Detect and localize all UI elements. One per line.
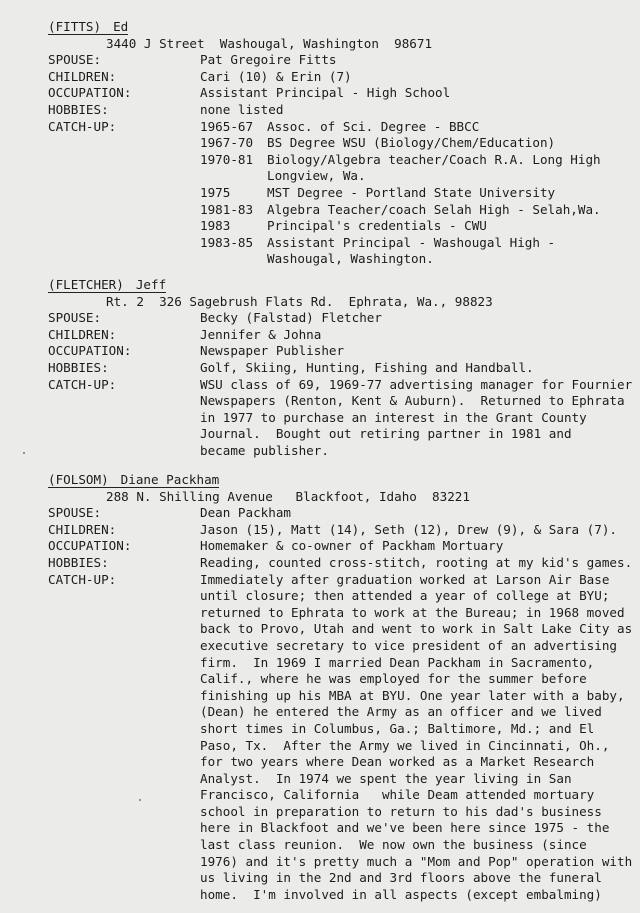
- given-name: Ed: [113, 19, 128, 34]
- children-label: CHILDREN:: [48, 522, 200, 539]
- catch-up-row: CATCH-UP:WSU class of 69, 1969-77 advert…: [48, 377, 633, 460]
- hobbies-label: HOBBIES:: [48, 360, 200, 377]
- catch-up-item: 1970-81Biology/Algebra teacher/Coach R.A…: [200, 152, 633, 185]
- catch-up-line: Algebra Teacher/coach Selah High - Selah…: [267, 202, 633, 219]
- hobbies-label: HOBBIES:: [48, 555, 200, 572]
- surname: (FITTS): [48, 19, 101, 34]
- catch-up-line: Assistant Principal - Washougal High -: [267, 235, 633, 252]
- catch-up-line: here in Blackfoot and we've been here si…: [200, 820, 633, 837]
- catch-up-years: 1981-83: [200, 202, 267, 219]
- catch-up-line: Calif., where he was employed for the su…: [200, 671, 633, 688]
- catch-up-list: 1965-67Assoc. of Sci. Degree - BBCC1967-…: [200, 119, 633, 268]
- catch-up-item: 1967-70BS Degree WSU (Biology/Chem/Educa…: [200, 135, 633, 152]
- catch-up-item: 1983-85Assistant Principal - Washougal H…: [200, 235, 633, 268]
- catch-up-label: CATCH-UP:: [48, 119, 200, 136]
- hobbies-row: HOBBIES:Golf, Skiing, Hunting, Fishing a…: [48, 360, 633, 377]
- catch-up-line: returned to Ephrata to work at the Burea…: [200, 605, 633, 622]
- scan-speck: [139, 799, 141, 801]
- children-row: CHILDREN:Jason (15), Matt (14), Seth (12…: [48, 522, 633, 539]
- address: 288 N. Shilling Avenue Blackfoot, Idaho …: [48, 489, 633, 506]
- catch-up-item: 1975MST Degree - Portland State Universi…: [200, 185, 633, 202]
- children-value: Jason (15), Matt (14), Seth (12), Drew (…: [200, 522, 633, 539]
- hobbies-row: HOBBIES:none listed: [48, 102, 633, 119]
- spouse-label: SPOUSE:: [48, 52, 200, 69]
- catch-up-years: 1983-85: [200, 235, 267, 268]
- children-label: CHILDREN:: [48, 327, 200, 344]
- spouse-row: SPOUSE:Dean Packham: [48, 505, 633, 522]
- occupation-label: OCCUPATION:: [48, 538, 200, 555]
- occupation-row: OCCUPATION:Newspaper Publisher: [48, 343, 633, 360]
- children-row: CHILDREN:Jennifer & Johna: [48, 327, 633, 344]
- entry-header: (FITTS)Ed: [48, 19, 633, 36]
- entry-name: (FOLSOM)Diane Packham: [48, 472, 219, 488]
- spouse-value: Dean Packham: [200, 505, 633, 522]
- catch-up-row: CATCH-UP:1965-67Assoc. of Sci. Degree - …: [48, 119, 633, 268]
- occupation-label: OCCUPATION:: [48, 343, 200, 360]
- occupation-row: OCCUPATION:Homemaker & co-owner of Packh…: [48, 538, 633, 555]
- occupation-value: Homemaker & co-owner of Packham Mortuary: [200, 538, 633, 555]
- address: 3440 J Street Washougal, Washington 9867…: [48, 36, 633, 53]
- children-row: CHILDREN:Cari (10) & Erin (7): [48, 69, 633, 86]
- catch-up-label: CATCH-UP:: [48, 572, 200, 589]
- entry-folsom: (FOLSOM)Diane Packham 288 N. Shilling Av…: [48, 472, 633, 903]
- catch-up-line: Francisco, California while Deam attende…: [200, 787, 633, 804]
- catch-up-line: until closure; then attended a year of c…: [200, 588, 633, 605]
- catch-up-years: 1975: [200, 185, 267, 202]
- catch-up-description: Biology/Algebra teacher/Coach R.A. Long …: [267, 152, 633, 185]
- catch-up-line: school in preparation to return to his d…: [200, 804, 633, 821]
- catch-up-description: BS Degree WSU (Biology/Chem/Education): [267, 135, 633, 152]
- catch-up-label: CATCH-UP:: [48, 377, 200, 394]
- catch-up-line: back to Provo, Utah and went to work in …: [200, 621, 633, 638]
- catch-up-line: Longview, Wa.: [267, 168, 633, 185]
- entry-name: (FLETCHER)Jeff: [48, 277, 166, 293]
- children-value: Cari (10) & Erin (7): [200, 69, 633, 86]
- catch-up-line: last class reunion. We now own the busin…: [200, 837, 633, 854]
- surname: (FLETCHER): [48, 277, 124, 292]
- catch-up-line: BS Degree WSU (Biology/Chem/Education): [267, 135, 633, 152]
- entry-header: (FLETCHER)Jeff: [48, 277, 633, 294]
- catch-up-line: WSU class of 69, 1969-77 advertising man…: [200, 377, 633, 394]
- catch-up-line: Principal's credentials - CWU: [267, 218, 633, 235]
- catch-up-years: 1965-67: [200, 119, 267, 136]
- catch-up-line: Biology/Algebra teacher/Coach R.A. Long …: [267, 152, 633, 169]
- catch-up-line: executive secretary to vice president of…: [200, 638, 633, 655]
- catch-up-line: Newspapers (Renton, Kent & Auburn). Retu…: [200, 393, 633, 410]
- occupation-value: Newspaper Publisher: [200, 343, 633, 360]
- catch-up-years: 1967-70: [200, 135, 267, 152]
- catch-up-row: CATCH-UP:Immediately after graduation wo…: [48, 572, 633, 904]
- catch-up-line: home. I'm involved in all aspects (excep…: [200, 887, 633, 904]
- occupation-row: OCCUPATION:Assistant Principal - High Sc…: [48, 85, 633, 102]
- children-label: CHILDREN:: [48, 69, 200, 86]
- catch-up-item: 1965-67Assoc. of Sci. Degree - BBCC: [200, 119, 633, 136]
- entry-fletcher: (FLETCHER)Jeff Rt. 2 326 Sagebrush Flats…: [48, 277, 633, 460]
- catch-up-years: 1970-81: [200, 152, 267, 185]
- spouse-value: Pat Gregoire Fitts: [200, 52, 633, 69]
- catch-up-line: 1976) and it's pretty much a "Mom and Po…: [200, 854, 633, 871]
- catch-up-item: 1981-83Algebra Teacher/coach Selah High …: [200, 202, 633, 219]
- occupation-value: Assistant Principal - High School: [200, 85, 633, 102]
- document-page: (FITTS)Ed 3440 J Street Washougal, Washi…: [0, 0, 640, 913]
- spouse-label: SPOUSE:: [48, 505, 200, 522]
- address: Rt. 2 326 Sagebrush Flats Rd. Ephrata, W…: [48, 294, 633, 311]
- catch-up-line: firm. In 1969 I married Dean Packham in …: [200, 655, 633, 672]
- given-name: Diane Packham: [121, 472, 220, 487]
- catch-up-line: (Dean) he entered the Army as an officer…: [200, 704, 633, 721]
- catch-up-description: Assistant Principal - Washougal High -Wa…: [267, 235, 633, 268]
- catch-up-line: short times in Columbus, Ga.; Baltimore,…: [200, 721, 633, 738]
- catch-up-text: Immediately after graduation worked at L…: [200, 572, 633, 904]
- catch-up-line: finishing up his MBA at BYU. One year la…: [200, 688, 633, 705]
- spouse-label: SPOUSE:: [48, 310, 200, 327]
- catch-up-line: Journal. Bought out retiring partner in …: [200, 426, 633, 443]
- catch-up-item: 1983Principal's credentials - CWU: [200, 218, 633, 235]
- catch-up-years: 1983: [200, 218, 267, 235]
- catch-up-description: MST Degree - Portland State University: [267, 185, 633, 202]
- catch-up-line: in 1977 to purchase an interest in the G…: [200, 410, 633, 427]
- catch-up-line: Paso, Tx. After the Army we lived in Cin…: [200, 738, 633, 755]
- children-value: Jennifer & Johna: [200, 327, 633, 344]
- hobbies-label: HOBBIES:: [48, 102, 200, 119]
- hobbies-value: Reading, counted cross-stitch, rooting a…: [200, 555, 633, 572]
- spouse-value: Becky (Falstad) Fletcher: [200, 310, 633, 327]
- catch-up-line: Immediately after graduation worked at L…: [200, 572, 633, 589]
- spouse-row: SPOUSE:Pat Gregoire Fitts: [48, 52, 633, 69]
- spouse-row: SPOUSE:Becky (Falstad) Fletcher: [48, 310, 633, 327]
- catch-up-text: WSU class of 69, 1969-77 advertising man…: [200, 377, 633, 460]
- catch-up-line: us living in the 2nd and 3rd floors abov…: [200, 870, 633, 887]
- catch-up-line: became publisher.: [200, 443, 633, 460]
- catch-up-description: Algebra Teacher/coach Selah High - Selah…: [267, 202, 633, 219]
- hobbies-value: none listed: [200, 102, 633, 119]
- entry-fitts: (FITTS)Ed 3440 J Street Washougal, Washi…: [48, 19, 633, 268]
- catch-up-line: Analyst. In 1974 we spent the year livin…: [200, 771, 633, 788]
- occupation-label: OCCUPATION:: [48, 85, 200, 102]
- catch-up-description: Principal's credentials - CWU: [267, 218, 633, 235]
- catch-up-description: Assoc. of Sci. Degree - BBCC: [267, 119, 633, 136]
- surname: (FOLSOM): [48, 472, 109, 487]
- given-name: Jeff: [136, 277, 166, 292]
- catch-up-line: for two years where Dean worked as a Mar…: [200, 754, 633, 771]
- hobbies-value: Golf, Skiing, Hunting, Fishing and Handb…: [200, 360, 633, 377]
- catch-up-line: MST Degree - Portland State University: [267, 185, 633, 202]
- scan-speck: [23, 452, 25, 454]
- entry-name: (FITTS)Ed: [48, 19, 128, 35]
- entry-header: (FOLSOM)Diane Packham: [48, 472, 633, 489]
- hobbies-row: HOBBIES:Reading, counted cross-stitch, r…: [48, 555, 633, 572]
- catch-up-line: Assoc. of Sci. Degree - BBCC: [267, 119, 633, 136]
- catch-up-line: Washougal, Washington.: [267, 251, 633, 268]
